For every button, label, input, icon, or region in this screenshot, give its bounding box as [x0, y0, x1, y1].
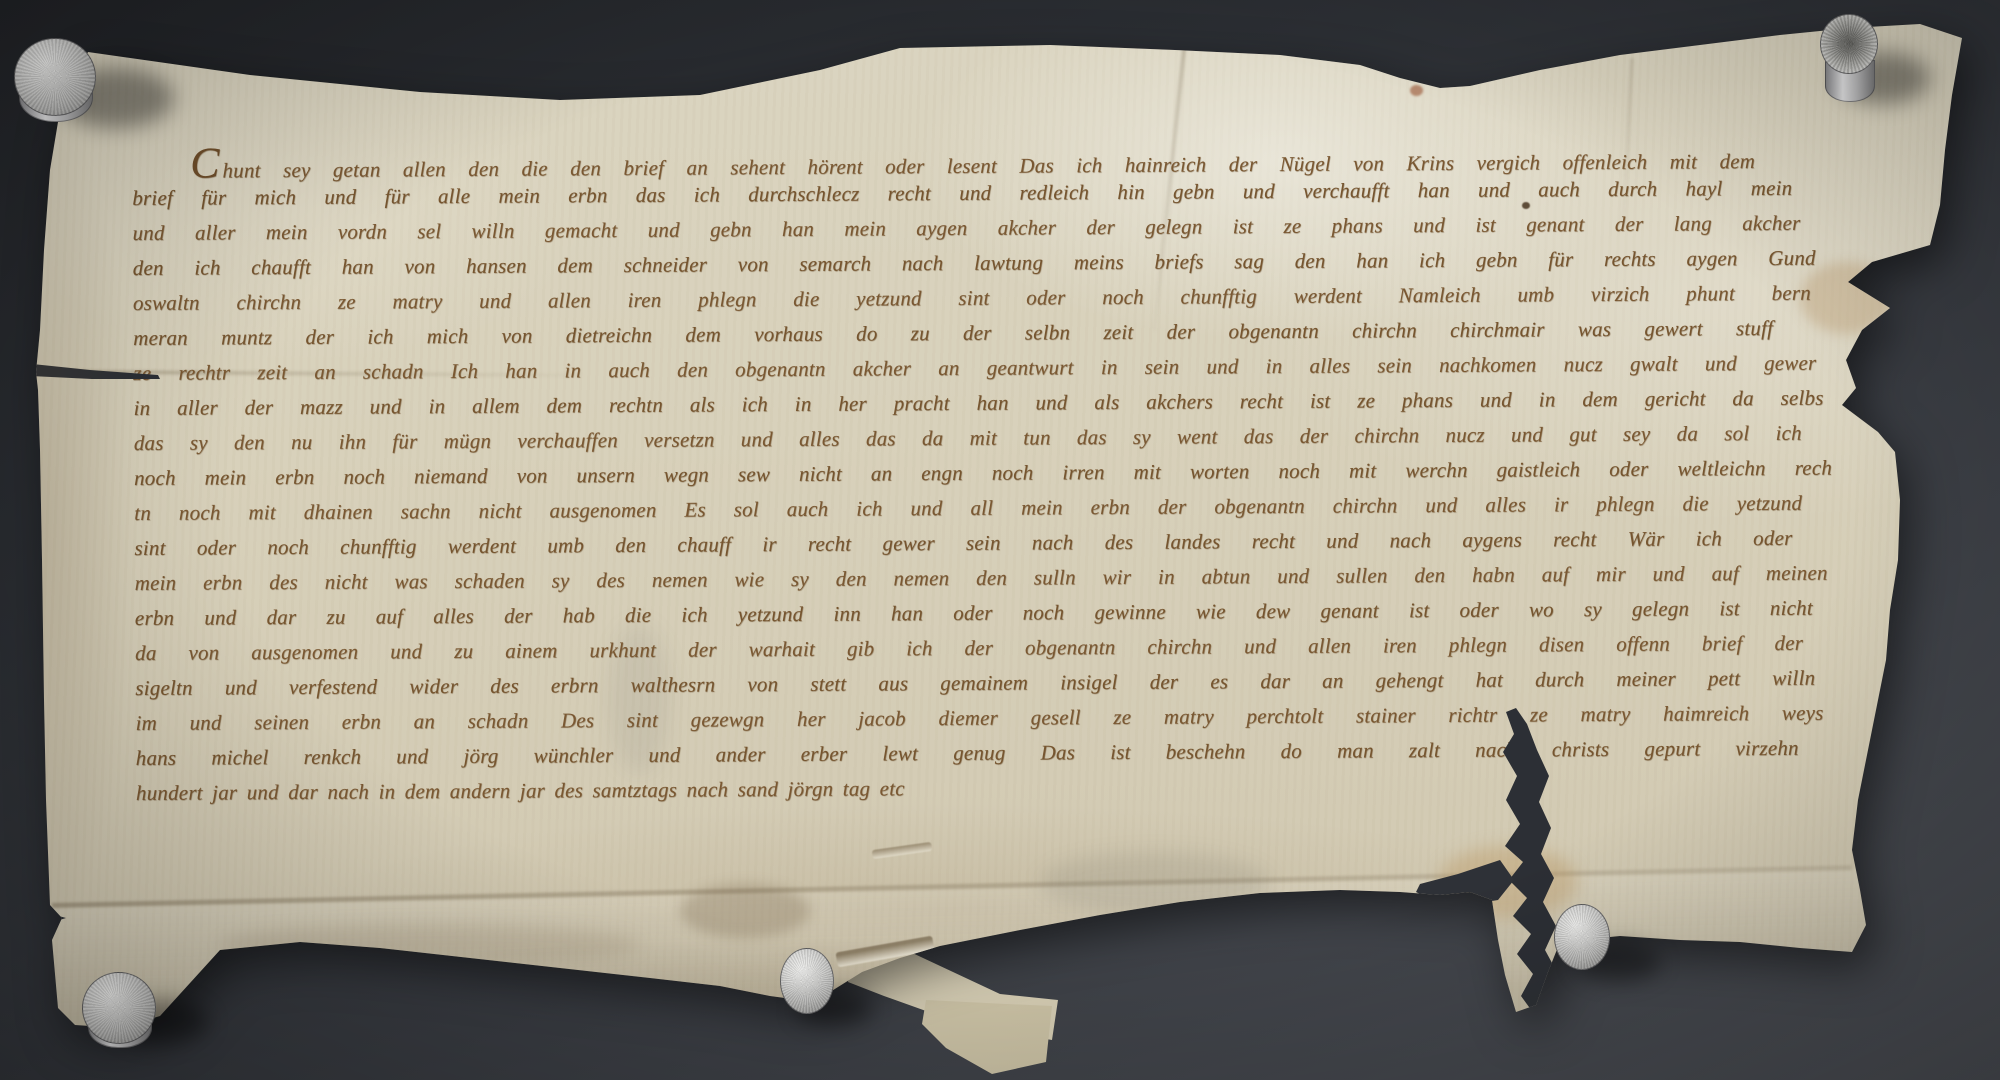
text-line: oswaltn chirchn ze matry und allen iren …: [133, 276, 1811, 321]
text-line: tn noch mit dhainen sachn nicht ausgenom…: [134, 486, 1802, 531]
paperweight-top-face: [14, 38, 96, 116]
ink-speck: [1522, 202, 1530, 209]
text-line: erbn und dar zu auf alles der hab die ic…: [135, 591, 1813, 636]
stain: [220, 924, 640, 966]
text-line: und aller mein vordn sel willn gemacht u…: [132, 206, 1800, 251]
stain: [1800, 262, 1895, 334]
text-line: ze rechtr zeit an schadn Ich han in auch…: [133, 346, 1816, 391]
vertical-tear: [0, 0, 2000, 1080]
charter-text: Chunt sey getan allen den die den brief …: [132, 136, 1836, 811]
tear-branch: [0, 0, 2000, 1080]
text-line: den ich chaufft han von hansen dem schne…: [133, 241, 1816, 286]
parchment-shadow: Chunt sey getan allen den die den brief …: [0, 0, 2000, 1080]
paperweight-bottom-right: [1554, 904, 1610, 974]
text-line: sint oder noch chunfftig werdent umb den…: [134, 521, 1792, 566]
left-edge-slit: [0, 0, 2000, 1080]
paperweight-top-face: [82, 972, 156, 1044]
vertical-crease: [1153, 43, 1186, 332]
paperweight-bottom-center: [780, 948, 834, 1018]
text-line: mein erbn des nicht was schaden sy des n…: [135, 556, 1828, 601]
horizontal-fold-crease: [42, 370, 582, 377]
text-line: meran muntz der ich mich von dietreichn …: [133, 311, 1773, 356]
paperweight-top-face: [780, 948, 834, 1014]
text-line: brief für mich und für alle mein erbn da…: [132, 171, 1792, 216]
stain: [1410, 85, 1423, 96]
plica-fold-crease: [52, 865, 1852, 908]
stain: [608, 624, 670, 774]
seal-tag-slit: [872, 842, 933, 859]
paperweight-top-face: [1554, 904, 1610, 970]
paperweight-top-left: [14, 38, 96, 158]
text-line: hundert jar und dar nach in dem andern j…: [136, 770, 1076, 811]
text-line: da von ausgenomen und zu ainem urkhunt d…: [135, 626, 1803, 671]
text-line: im und seinen erbn an schadn Des sint ge…: [135, 696, 1823, 741]
text-line: sigeltn und verfestend wider des erbrn w…: [135, 661, 1815, 706]
parchment-charter: Chunt sey getan allen den die den brief …: [0, 0, 2000, 1080]
stain: [680, 884, 810, 938]
photo-background: Chunt sey getan allen den die den brief …: [0, 0, 2000, 1080]
text-line: hans michel renkch und jörg wünchler und…: [136, 731, 1799, 776]
left-edge-fold-notch: [0, 0, 2000, 1080]
vertical-crease: [1622, 58, 1634, 228]
text-line: Chunt sey getan allen den die den brief …: [132, 136, 1755, 181]
paperweight-top-right: [1820, 14, 1878, 118]
text-line: das sy den nu ihn für mügn verchauffen v…: [134, 416, 1802, 461]
paperweight-top-face: [1820, 14, 1878, 74]
stain: [466, 80, 475, 88]
seal-tag-slit: [835, 936, 934, 968]
paperweight-bottom-left: [82, 972, 156, 1080]
text-line: noch mein erbn noch niemand von unsern w…: [134, 451, 1832, 496]
text-line: in aller der mazz und in allem dem recht…: [133, 381, 1823, 426]
stain: [1040, 852, 1270, 914]
